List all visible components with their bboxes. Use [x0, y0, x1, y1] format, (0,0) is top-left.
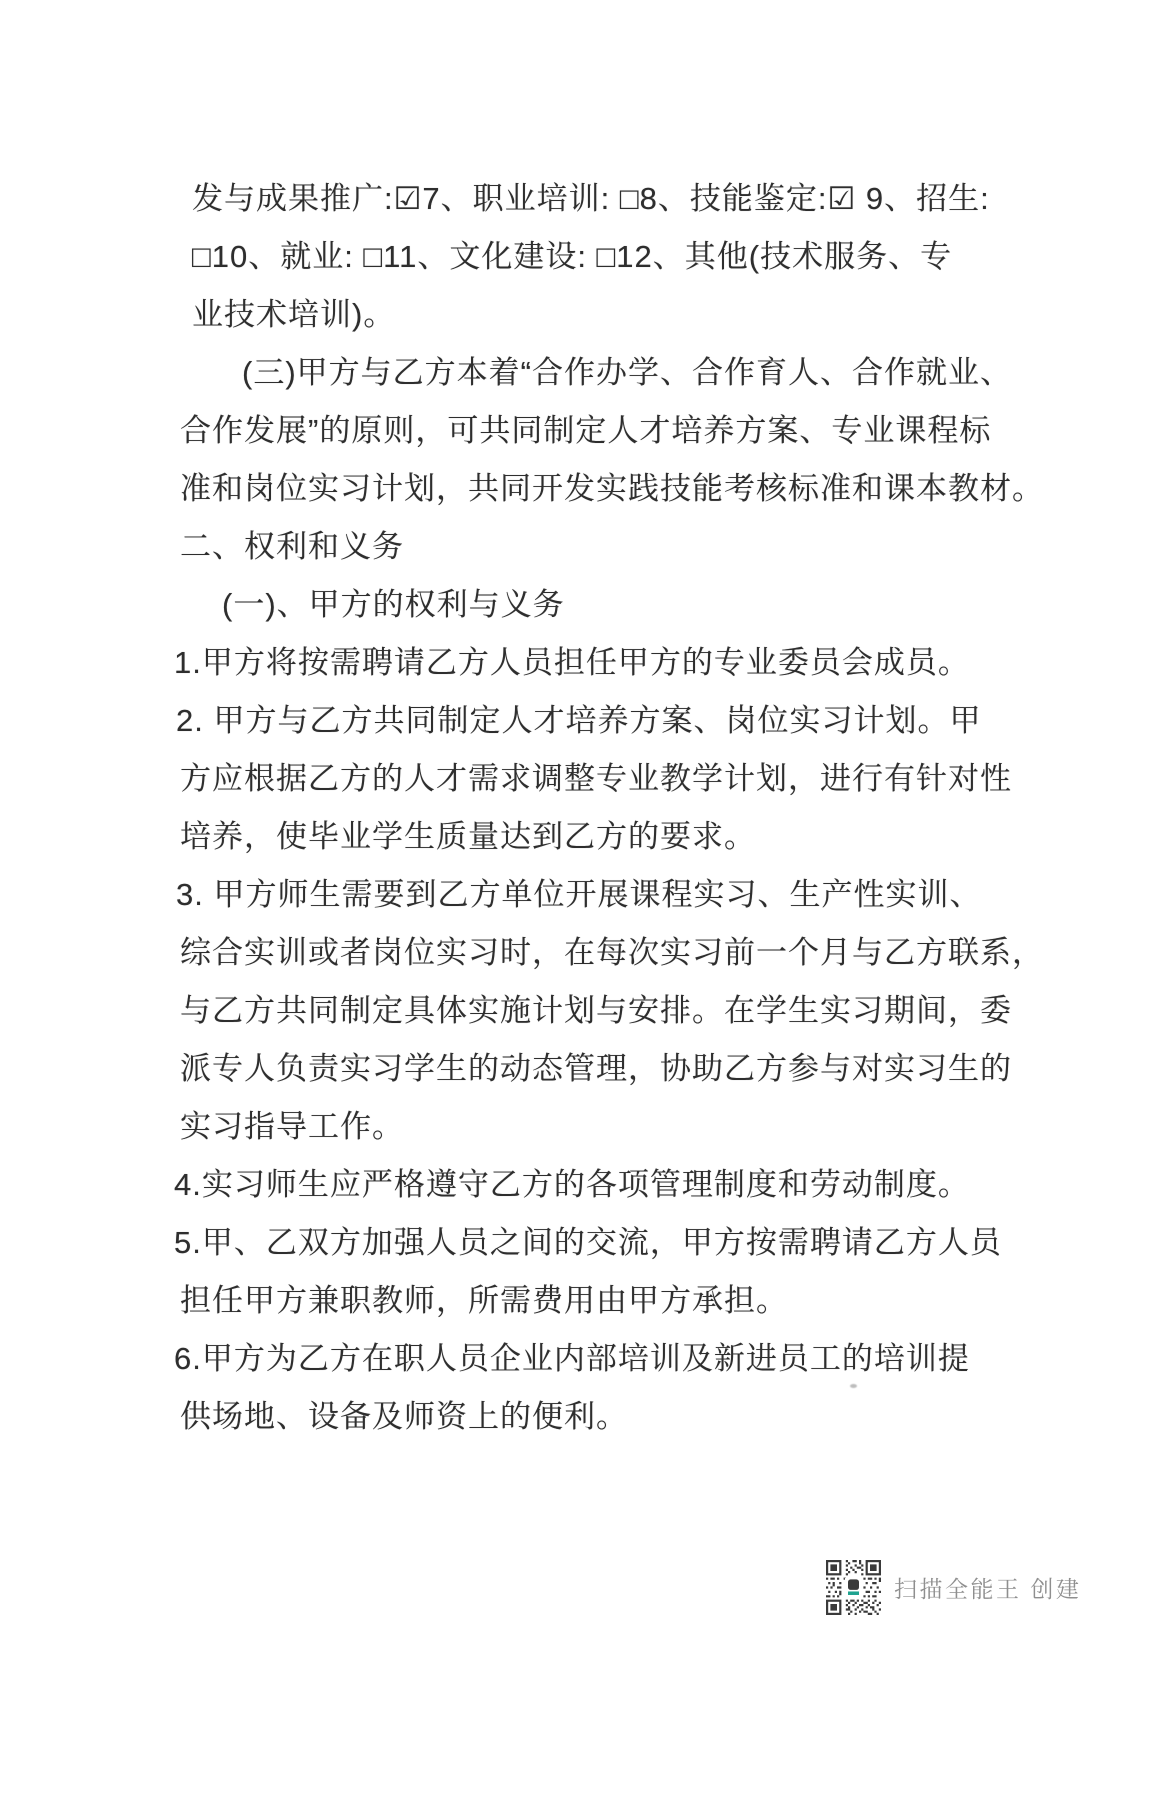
document-line: 3. 甲方师生需要到乙方单位开展课程实习、生产性实训、 — [176, 866, 1020, 924]
document-line: (一)、甲方的权利与义务 — [222, 576, 1020, 634]
scanner-watermark: 扫描全能王 创建 — [826, 1560, 1081, 1615]
qr-finder-top-left — [826, 1560, 841, 1575]
document-line: 业技术培训)。 — [192, 286, 1020, 344]
document-line: 5.甲、乙双方加强人员之间的交流，甲方按需聘请乙方人员 — [174, 1214, 1020, 1272]
qr-logo-glyph — [848, 1579, 859, 1590]
document-line: 1.甲方将按需聘请乙方人员担任甲方的专业委员会成员。 — [174, 634, 1020, 692]
document-line: 供场地、设备及师资上的便利。 — [180, 1388, 1020, 1446]
qr-code-icon — [826, 1560, 881, 1615]
document-line: 与乙方共同制定具体实施计划与安排。在学生实习期间，委 — [180, 982, 1020, 1040]
document-line: 准和岗位实习计划，共同开发实践技能考核标准和课本教材。 — [180, 460, 1020, 518]
document-line: 二、权利和义务 — [180, 518, 1020, 576]
document-line: 派专人负责实习学生的动态管理，协助乙方参与对实习生的 — [180, 1040, 1020, 1098]
document-line: 方应根据乙方的人才需求调整专业教学计划，进行有针对性 — [180, 750, 1020, 808]
watermark-text: 扫描全能王 创建 — [894, 1571, 1081, 1604]
qr-finder-bottom-left — [826, 1600, 841, 1615]
document-page: 发与成果推广:☑7、职业培训: □8、技能鉴定:☑ 9、招生:□10、就业: □… — [0, 0, 1176, 1800]
document-line: (三)甲方与乙方本着“合作办学、合作育人、合作就业、 — [242, 344, 1020, 402]
qr-finder-top-right — [866, 1560, 881, 1575]
document-line: 发与成果推广:☑7、职业培训: □8、技能鉴定:☑ 9、招生: — [192, 170, 1020, 228]
document-line: 担任甲方兼职教师，所需费用由甲方承担。 — [180, 1272, 1020, 1330]
document-line: 2. 甲方与乙方共同制定人才培养方案、岗位实习计划。甲 — [176, 692, 1020, 750]
document-line: 6.甲方为乙方在职人员企业内部培训及新进员工的培训提 — [174, 1330, 1020, 1388]
document-line: 培养，使毕业学生质量达到乙方的要求。 — [180, 808, 1020, 866]
document-line: □10、就业: □11、文化建设: □12、其他(技术服务、专 — [192, 228, 1020, 286]
document-line: 综合实训或者岗位实习时，在每次实习前一个月与乙方联系， — [180, 924, 1020, 982]
qr-logo-accent-bar — [848, 1591, 859, 1595]
document-line: 实习指导工作。 — [180, 1098, 1020, 1156]
scan-artifact-speck — [850, 1384, 857, 1388]
document-line: 4.实习师生应严格遵守乙方的各项管理制度和劳动制度。 — [174, 1156, 1020, 1214]
document-body: 发与成果推广:☑7、职业培训: □8、技能鉴定:☑ 9、招生:□10、就业: □… — [180, 170, 1020, 1446]
document-line: 合作发展”的原则，可共同制定人才培养方案、专业课程标 — [180, 402, 1020, 460]
